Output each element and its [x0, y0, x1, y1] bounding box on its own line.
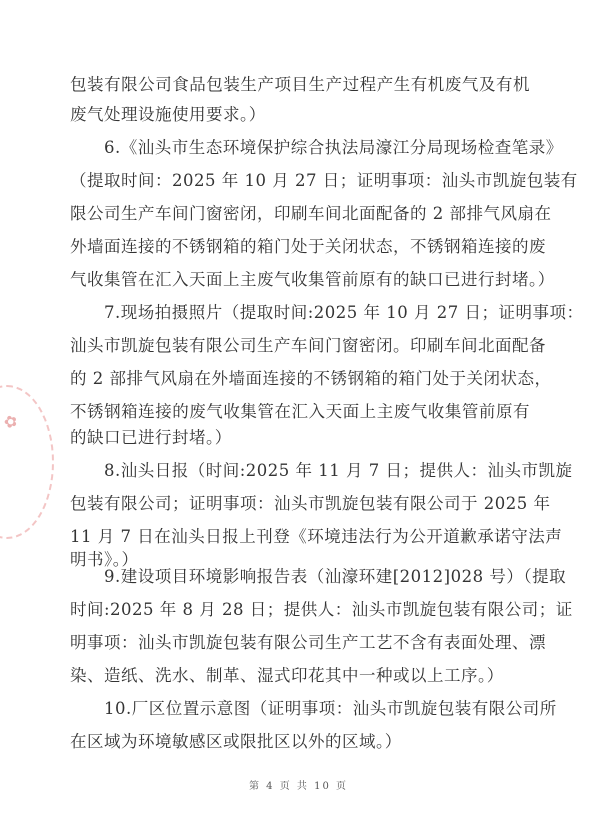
text-line: 包装有限公司食品包装生产项目生产过程产生有机废气及有机 — [70, 74, 530, 96]
list-item-9-heading: 9.建设项目环境影响报告表（汕濠环建[2012]028 号）（提取 — [104, 566, 530, 588]
text-line: 不锈钢箱连接的废气收集管在汇入天面上主废气收集管前原有 — [70, 401, 530, 423]
text-line: 外墙面连接的不锈钢箱的箱门处于关闭状态，不锈钢箱连接的废 — [70, 236, 530, 258]
text-line: 时间:2025 年 8 月 28 日；提供人：汕头市凯旋包装有限公司；证 — [70, 599, 530, 621]
text-line: 包装有限公司；证明事项：汕头市凯旋包装有限公司于 2025 年 — [70, 493, 530, 515]
list-item-6-heading: 6.《汕头市生态环境保护综合执法局濠江分局现场检查笔录》 — [104, 137, 530, 159]
list-item-8-heading: 8.汕头日报（时间:2025 年 11 月 7 日；提供人：汕头市凯旋 — [104, 460, 530, 482]
text-line: 汕头市凯旋包装有限公司生产车间门窗密闭。印刷车间北面配备 — [70, 335, 530, 357]
text-line: 11 月 7 日在汕头日报上刊登《环境违法行为公开道歉承诺守法声 — [70, 526, 530, 548]
text-line: （提取时间：2025 年 10 月 27 日；证明事项：汕头市凯旋包装有 — [70, 170, 530, 192]
document-page: ✿ 包装有限公司食品包装生产项目生产过程产生有机废气及有机 废气处理设施使用要求… — [0, 0, 597, 824]
text-line: 明事项：汕头市凯旋包装有限公司生产工艺不含有表面处理、漂 — [70, 632, 530, 654]
text-line: 的缺口已进行封堵。） — [70, 427, 530, 449]
page-number-footer: 第 4 页 共 10 页 — [0, 777, 597, 792]
text-line: 的 2 部排气风扇在外墙面连接的不锈钢箱的箱门处于关闭状态， — [70, 368, 530, 390]
red-seal-stamp — [0, 385, 54, 539]
list-item-7-heading: 7.现场拍摄照片（提取时间:2025 年 10 月 27 日；证明事项： — [104, 302, 530, 324]
list-item-10-heading: 10.厂区位置示意图（证明事项：汕头市凯旋包装有限公司所 — [104, 698, 530, 720]
text-line: 染、造纸、洗水、制革、湿式印花其中一种或以上工序。） — [70, 665, 530, 687]
text-line: 限公司生产车间门窗密闭，印刷车间北面配备的 2 部排气风扇在 — [70, 203, 530, 225]
text-line: 在区域为环境敏感区或限批区以外的区域。） — [70, 731, 530, 753]
text-line: 废气处理设施使用要求。） — [70, 104, 530, 126]
text-line: 气收集管在汇入天面上主废气收集管前原有的缺口已进行封堵。） — [70, 269, 530, 291]
